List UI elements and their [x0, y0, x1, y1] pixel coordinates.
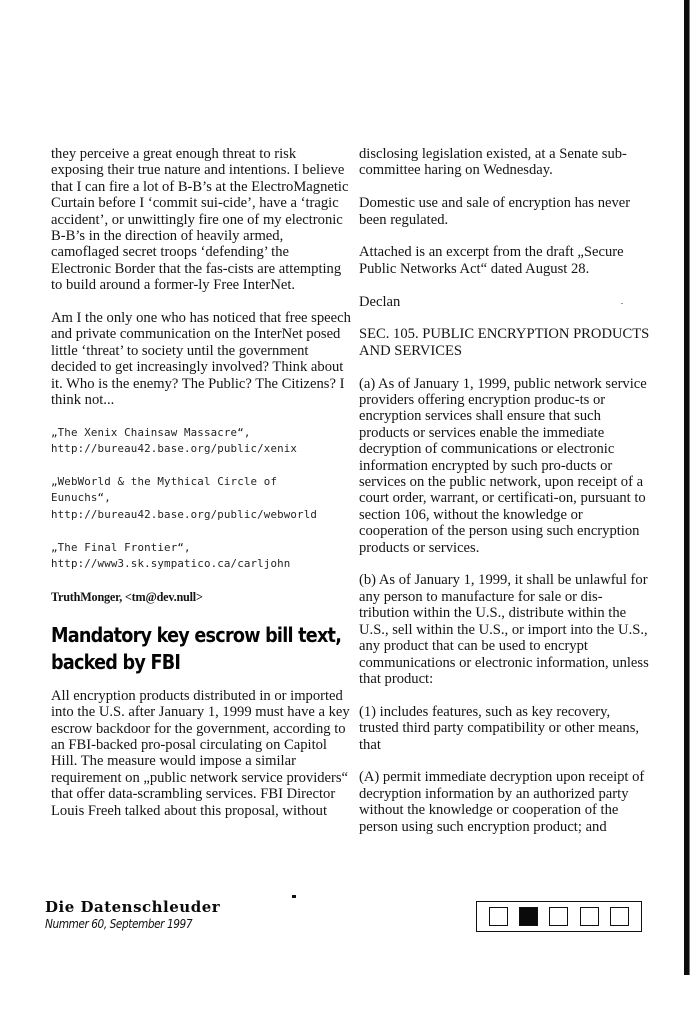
body-paragraph: disclosing legislation existed, at a Sen… — [359, 146, 651, 179]
section-heading: SEC. 105. PUBLIC ENCRYPTION PRODUCTS AND… — [359, 326, 651, 359]
link-title: „WebWorld & the Mythical Circle of Eunuc… — [51, 475, 277, 504]
link-title: „The Final Frontier“, — [51, 541, 191, 554]
right-column: disclosing legislation existed, at a Sen… — [359, 146, 651, 851]
issue-line: Nummer 60, September 1997 — [45, 917, 192, 931]
clause-b: (b) As of January 1, 1999, it shall be u… — [359, 572, 651, 687]
page-box-active-icon — [519, 907, 538, 926]
clause-a: (a) As of January 1, 1999, public networ… — [359, 376, 651, 556]
link-url[interactable]: http://bureau42.base.org/public/xenix — [51, 442, 297, 455]
page-box-icon — [489, 907, 508, 926]
body-paragraph: Am I the only one who has noticed that f… — [51, 310, 351, 408]
page-box-icon — [610, 907, 629, 926]
article-body: All encryption products distributed in o… — [51, 688, 351, 819]
body-paragraph: they perceive a great enough threat to r… — [51, 146, 351, 294]
page-indicator — [476, 901, 642, 932]
clause-A: (A) permit immediate decryption upon rec… — [359, 769, 651, 835]
link-entry: „The Xenix Chainsaw Massacre“, http://bu… — [51, 425, 351, 458]
masthead: Die Datenschleuder — [45, 898, 220, 916]
body-paragraph: Domestic use and sale of encryption has … — [359, 195, 651, 228]
page-box-icon — [580, 907, 599, 926]
print-speck — [292, 895, 296, 898]
page-edge-shadow — [689, 0, 690, 975]
link-entry: „WebWorld & the Mythical Circle of Eunuc… — [51, 474, 351, 523]
link-title: „The Xenix Chainsaw Massacre“, — [51, 426, 251, 439]
clause-1: (1) includes features, such as key recov… — [359, 704, 651, 753]
body-paragraph: Attached is an excerpt from the draft „S… — [359, 244, 651, 277]
article-headline: Mandatory key escrow bill text, backed b… — [51, 622, 348, 676]
page-box-icon — [549, 907, 568, 926]
link-url[interactable]: http://www3.sk.sympatico.ca/carljohn — [51, 557, 290, 570]
author-signature: TruthMonger, <tm@dev.null> — [51, 589, 351, 605]
link-url[interactable]: http://bureau42.base.org/public/webworld — [51, 508, 317, 521]
left-column: they perceive a great enough threat to r… — [51, 146, 351, 835]
author-name: Declan — [359, 294, 651, 310]
link-entry: „The Final Frontier“, http://www3.sk.sym… — [51, 540, 351, 573]
